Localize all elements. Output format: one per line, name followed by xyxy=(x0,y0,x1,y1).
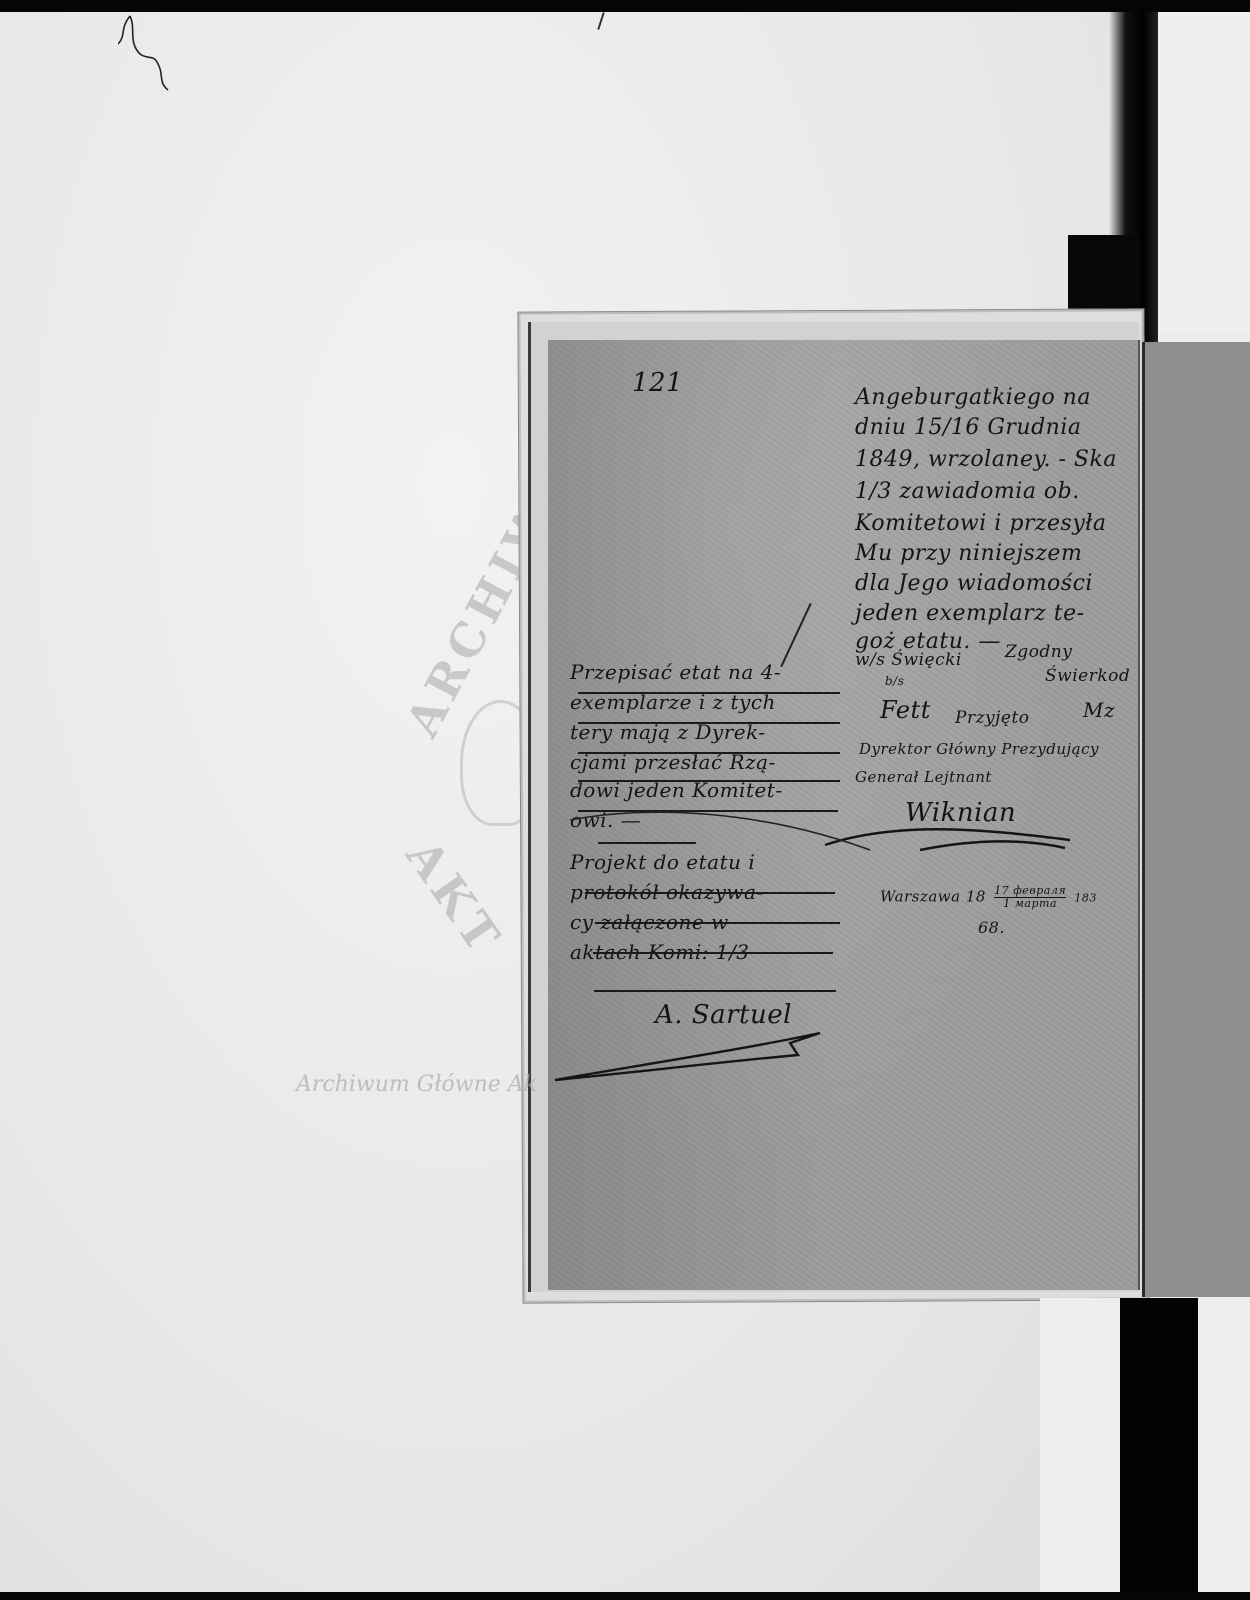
bottom-signature-flourish-icon xyxy=(550,1025,830,1085)
adjacent-page xyxy=(1142,342,1250,1297)
annotation-note: w/s Święcki xyxy=(855,650,962,670)
folio-number: 121 xyxy=(632,368,683,398)
text-line: dniu 15/16 Grudnia xyxy=(855,415,1082,440)
reference-number: 68. xyxy=(978,918,1005,937)
underline-rule xyxy=(585,892,835,894)
date-year: 183 xyxy=(1074,892,1097,905)
text-line: dla Jego wiadomości xyxy=(855,571,1093,596)
text-line: 1849, wrzolaney. - Ska xyxy=(855,447,1117,472)
date-place: Warszawa 18 xyxy=(880,888,986,906)
gutter-shadow-bottom xyxy=(1120,1298,1198,1592)
corner-mark: Mz xyxy=(1083,698,1115,722)
underline-rule xyxy=(578,752,840,754)
date-place-line: Warszawa 18 17 февраля 1 марта 183 xyxy=(880,885,1097,910)
underline-rule xyxy=(594,990,836,992)
underline-rule xyxy=(578,722,840,724)
gutter-shadow-mid xyxy=(1068,235,1140,310)
text-line: Mu przy niniejszem xyxy=(855,541,1082,566)
pencil-scribble-icon xyxy=(118,14,178,94)
underline-rule xyxy=(593,952,833,954)
adjacent-sheet-lower-left xyxy=(1040,1298,1122,1592)
underline-rule xyxy=(578,780,840,782)
archive-watermark: Archiwum Główne Ak xyxy=(296,1072,537,1097)
annotation-note: Zgodny xyxy=(1005,642,1072,662)
received-note: Przyjęto xyxy=(955,708,1030,728)
scan-bottom-border xyxy=(0,1592,1250,1600)
adjacent-sheet-bottom xyxy=(1198,1300,1250,1592)
text-line: Przepisać etat na 4- xyxy=(570,660,781,684)
underline-rule xyxy=(578,692,840,694)
text-line: jeden exemplarz te- xyxy=(855,601,1085,626)
initials-signature: Fett xyxy=(880,696,931,724)
text-line: 1/3 zawiadomia ob. xyxy=(855,479,1080,504)
text-line: Angeburgatkiego na xyxy=(855,385,1091,410)
margin-curve-icon xyxy=(560,800,880,860)
signatory-rank: Generał Lejtnant xyxy=(855,768,992,786)
date-lower: 1 марта xyxy=(994,898,1066,910)
annotation-note: Świerkod xyxy=(1045,666,1130,686)
text-line: Komitetowi i przesyła xyxy=(855,511,1107,536)
signatory-title: Dyrektor Główny Prezydujący xyxy=(859,740,1099,758)
underline-rule xyxy=(595,922,840,924)
adjacent-sheet-top xyxy=(1155,12,1250,332)
scan-top-border xyxy=(0,0,1250,12)
annotation-sub: b/s xyxy=(885,674,904,688)
date-fraction: 17 февраля 1 марта xyxy=(994,885,1066,910)
